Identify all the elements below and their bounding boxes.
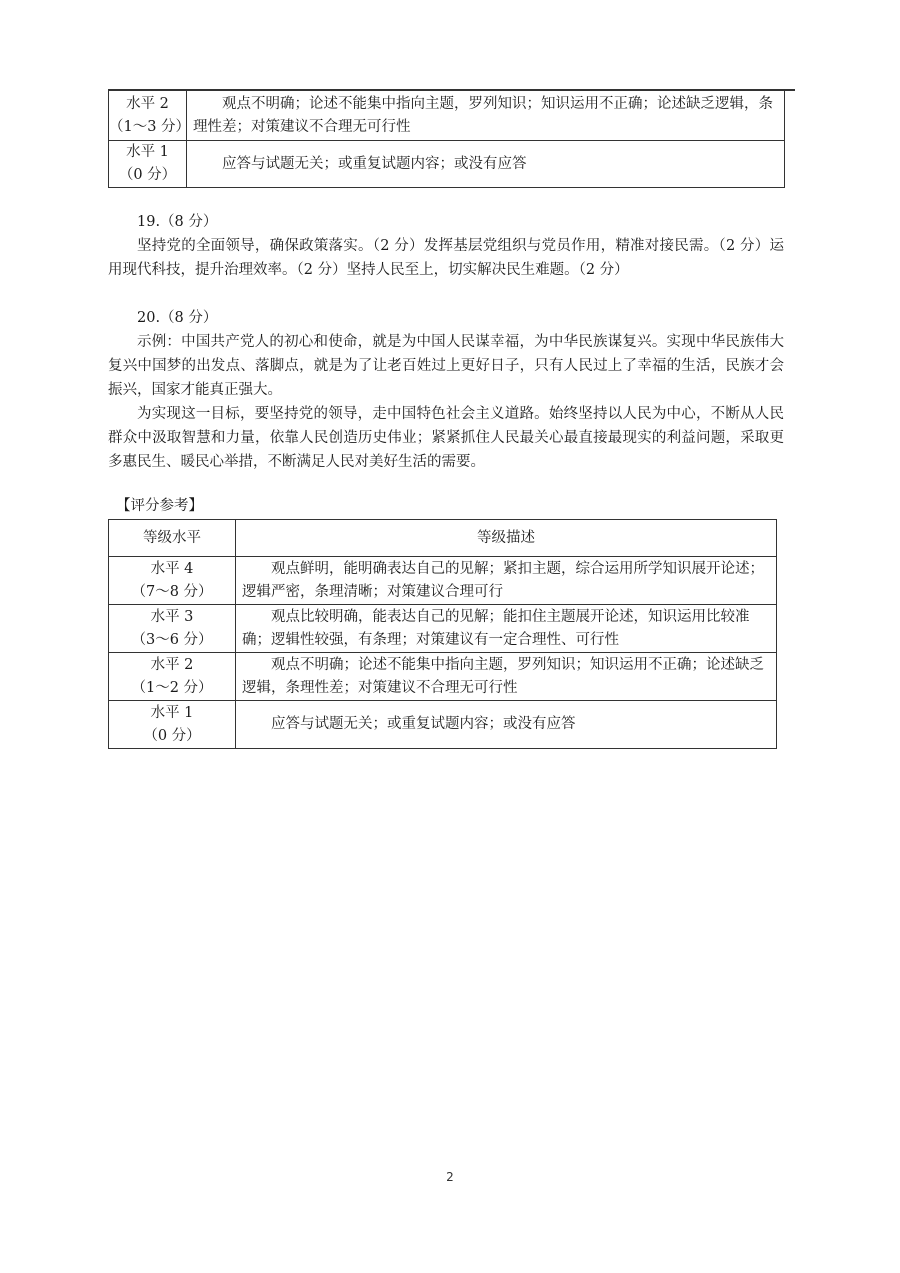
question-heading: 20.（8 分） xyxy=(108,306,784,330)
table-row: 水平 2 （1～2 分） 观点不明确；论述不能集中指向主题，罗列知识；知识运用不… xyxy=(109,653,777,701)
question-heading: 19.（8 分） xyxy=(108,210,784,234)
header-description: 等级描述 xyxy=(236,520,777,557)
grade-description: 应答与试题无关；或重复试题内容；或没有应答 xyxy=(242,713,770,736)
answer-paragraph: 示例：中国共产党人的初心和使命，就是为中国人民谋幸福，为中华民族谋复兴。实现中华… xyxy=(108,330,784,402)
table-header-row: 等级水平 等级描述 xyxy=(109,520,777,557)
table-row: 水平 3 （3～6 分） 观点比较明确，能表达自己的见解；能扣住主题展开论述，知… xyxy=(109,605,777,653)
grade-score: （1～2 分） xyxy=(109,677,235,700)
grade-level: 水平 1 xyxy=(109,141,186,164)
page-number: 2 xyxy=(0,1170,900,1184)
header-level: 等级水平 xyxy=(109,520,236,557)
table-row: 水平 1 （0 分） 应答与试题无关；或重复试题内容；或没有应答 xyxy=(109,701,777,749)
grade-description-cell: 观点不明确；论述不能集中指向主题，罗列知识；知识运用不正确；论述缺乏逻辑，条理性… xyxy=(236,653,777,701)
grade-description: 观点比较明确，能表达自己的见解；能扣住主题展开论述，知识运用比较准确；逻辑性较强… xyxy=(242,606,770,652)
grade-level-cell: 水平 2 （1～2 分） xyxy=(109,653,236,701)
grade-score: （0 分） xyxy=(109,725,235,748)
table-row: 水平 1 （0 分） 应答与试题无关；或重复试题内容；或没有应答 xyxy=(109,141,785,188)
table-row: 水平 2 （1～3 分） 观点不明确；论述不能集中指向主题，罗列知识；知识运用不… xyxy=(109,91,785,141)
continued-grading-table: 水平 2 （1～3 分） 观点不明确；论述不能集中指向主题，罗列知识；知识运用不… xyxy=(108,90,785,188)
grade-description-cell: 观点比较明确，能表达自己的见解；能扣住主题展开论述，知识运用比较准确；逻辑性较强… xyxy=(236,605,777,653)
answer-paragraph: 为实现这一目标，要坚持党的领导，走中国特色社会主义道路。始终坚持以人民为中心，不… xyxy=(108,402,784,474)
grade-level: 水平 2 xyxy=(109,654,235,677)
question-19: 19.（8 分） 坚持党的全面领导，确保政策落实。（2 分）发挥基层党组织与党员… xyxy=(108,210,784,282)
grade-description: 观点不明确；论述不能集中指向主题，罗列知识；知识运用不正确；论述缺乏逻辑，条理性… xyxy=(193,93,778,139)
grade-level-cell: 水平 4 （7～8 分） xyxy=(109,557,236,605)
grade-description-cell: 观点不明确；论述不能集中指向主题，罗列知识；知识运用不正确；论述缺乏逻辑，条理性… xyxy=(187,91,785,141)
grade-description: 观点不明确；论述不能集中指向主题，罗列知识；知识运用不正确；论述缺乏逻辑，条理性… xyxy=(242,654,770,700)
question-20: 20.（8 分） 示例：中国共产党人的初心和使命，就是为中国人民谋幸福，为中华民… xyxy=(108,306,784,474)
grade-score: （3～6 分） xyxy=(109,629,235,652)
grade-level: 水平 3 xyxy=(109,606,235,629)
rubric-label: 【评分参考】 xyxy=(116,494,203,518)
table-row: 水平 4 （7～8 分） 观点鲜明，能明确表达自己的见解；紧扣主题，综合运用所学… xyxy=(109,557,777,605)
answer-paragraph: 坚持党的全面领导，确保政策落实。（2 分）发挥基层党组织与党员作用，精准对接民需… xyxy=(108,234,784,282)
grade-level: 水平 2 xyxy=(109,93,186,116)
grade-level-cell: 水平 1 （0 分） xyxy=(109,701,236,749)
grade-description: 应答与试题无关；或重复试题内容；或没有应答 xyxy=(193,153,778,176)
grade-level-cell: 水平 2 （1～3 分） xyxy=(109,91,187,141)
grade-description-cell: 应答与试题无关；或重复试题内容；或没有应答 xyxy=(187,141,785,188)
grade-level: 水平 4 xyxy=(109,558,235,581)
grading-rubric-table: 等级水平 等级描述 水平 4 （7～8 分） 观点鲜明，能明确表达自己的见解；紧… xyxy=(108,519,777,749)
grade-score: （7～8 分） xyxy=(109,581,235,604)
grade-level-cell: 水平 1 （0 分） xyxy=(109,141,187,188)
grade-description-cell: 观点鲜明，能明确表达自己的见解；紧扣主题，综合运用所学知识展开论述；逻辑严密，条… xyxy=(236,557,777,605)
grade-level: 水平 1 xyxy=(109,702,235,725)
grade-description: 观点鲜明，能明确表达自己的见解；紧扣主题，综合运用所学知识展开论述；逻辑严密，条… xyxy=(242,558,770,604)
grade-score: （1～3 分） xyxy=(109,116,186,139)
grade-description-cell: 应答与试题无关；或重复试题内容；或没有应答 xyxy=(236,701,777,749)
grade-score: （0 分） xyxy=(109,164,186,187)
grade-level-cell: 水平 3 （3～6 分） xyxy=(109,605,236,653)
